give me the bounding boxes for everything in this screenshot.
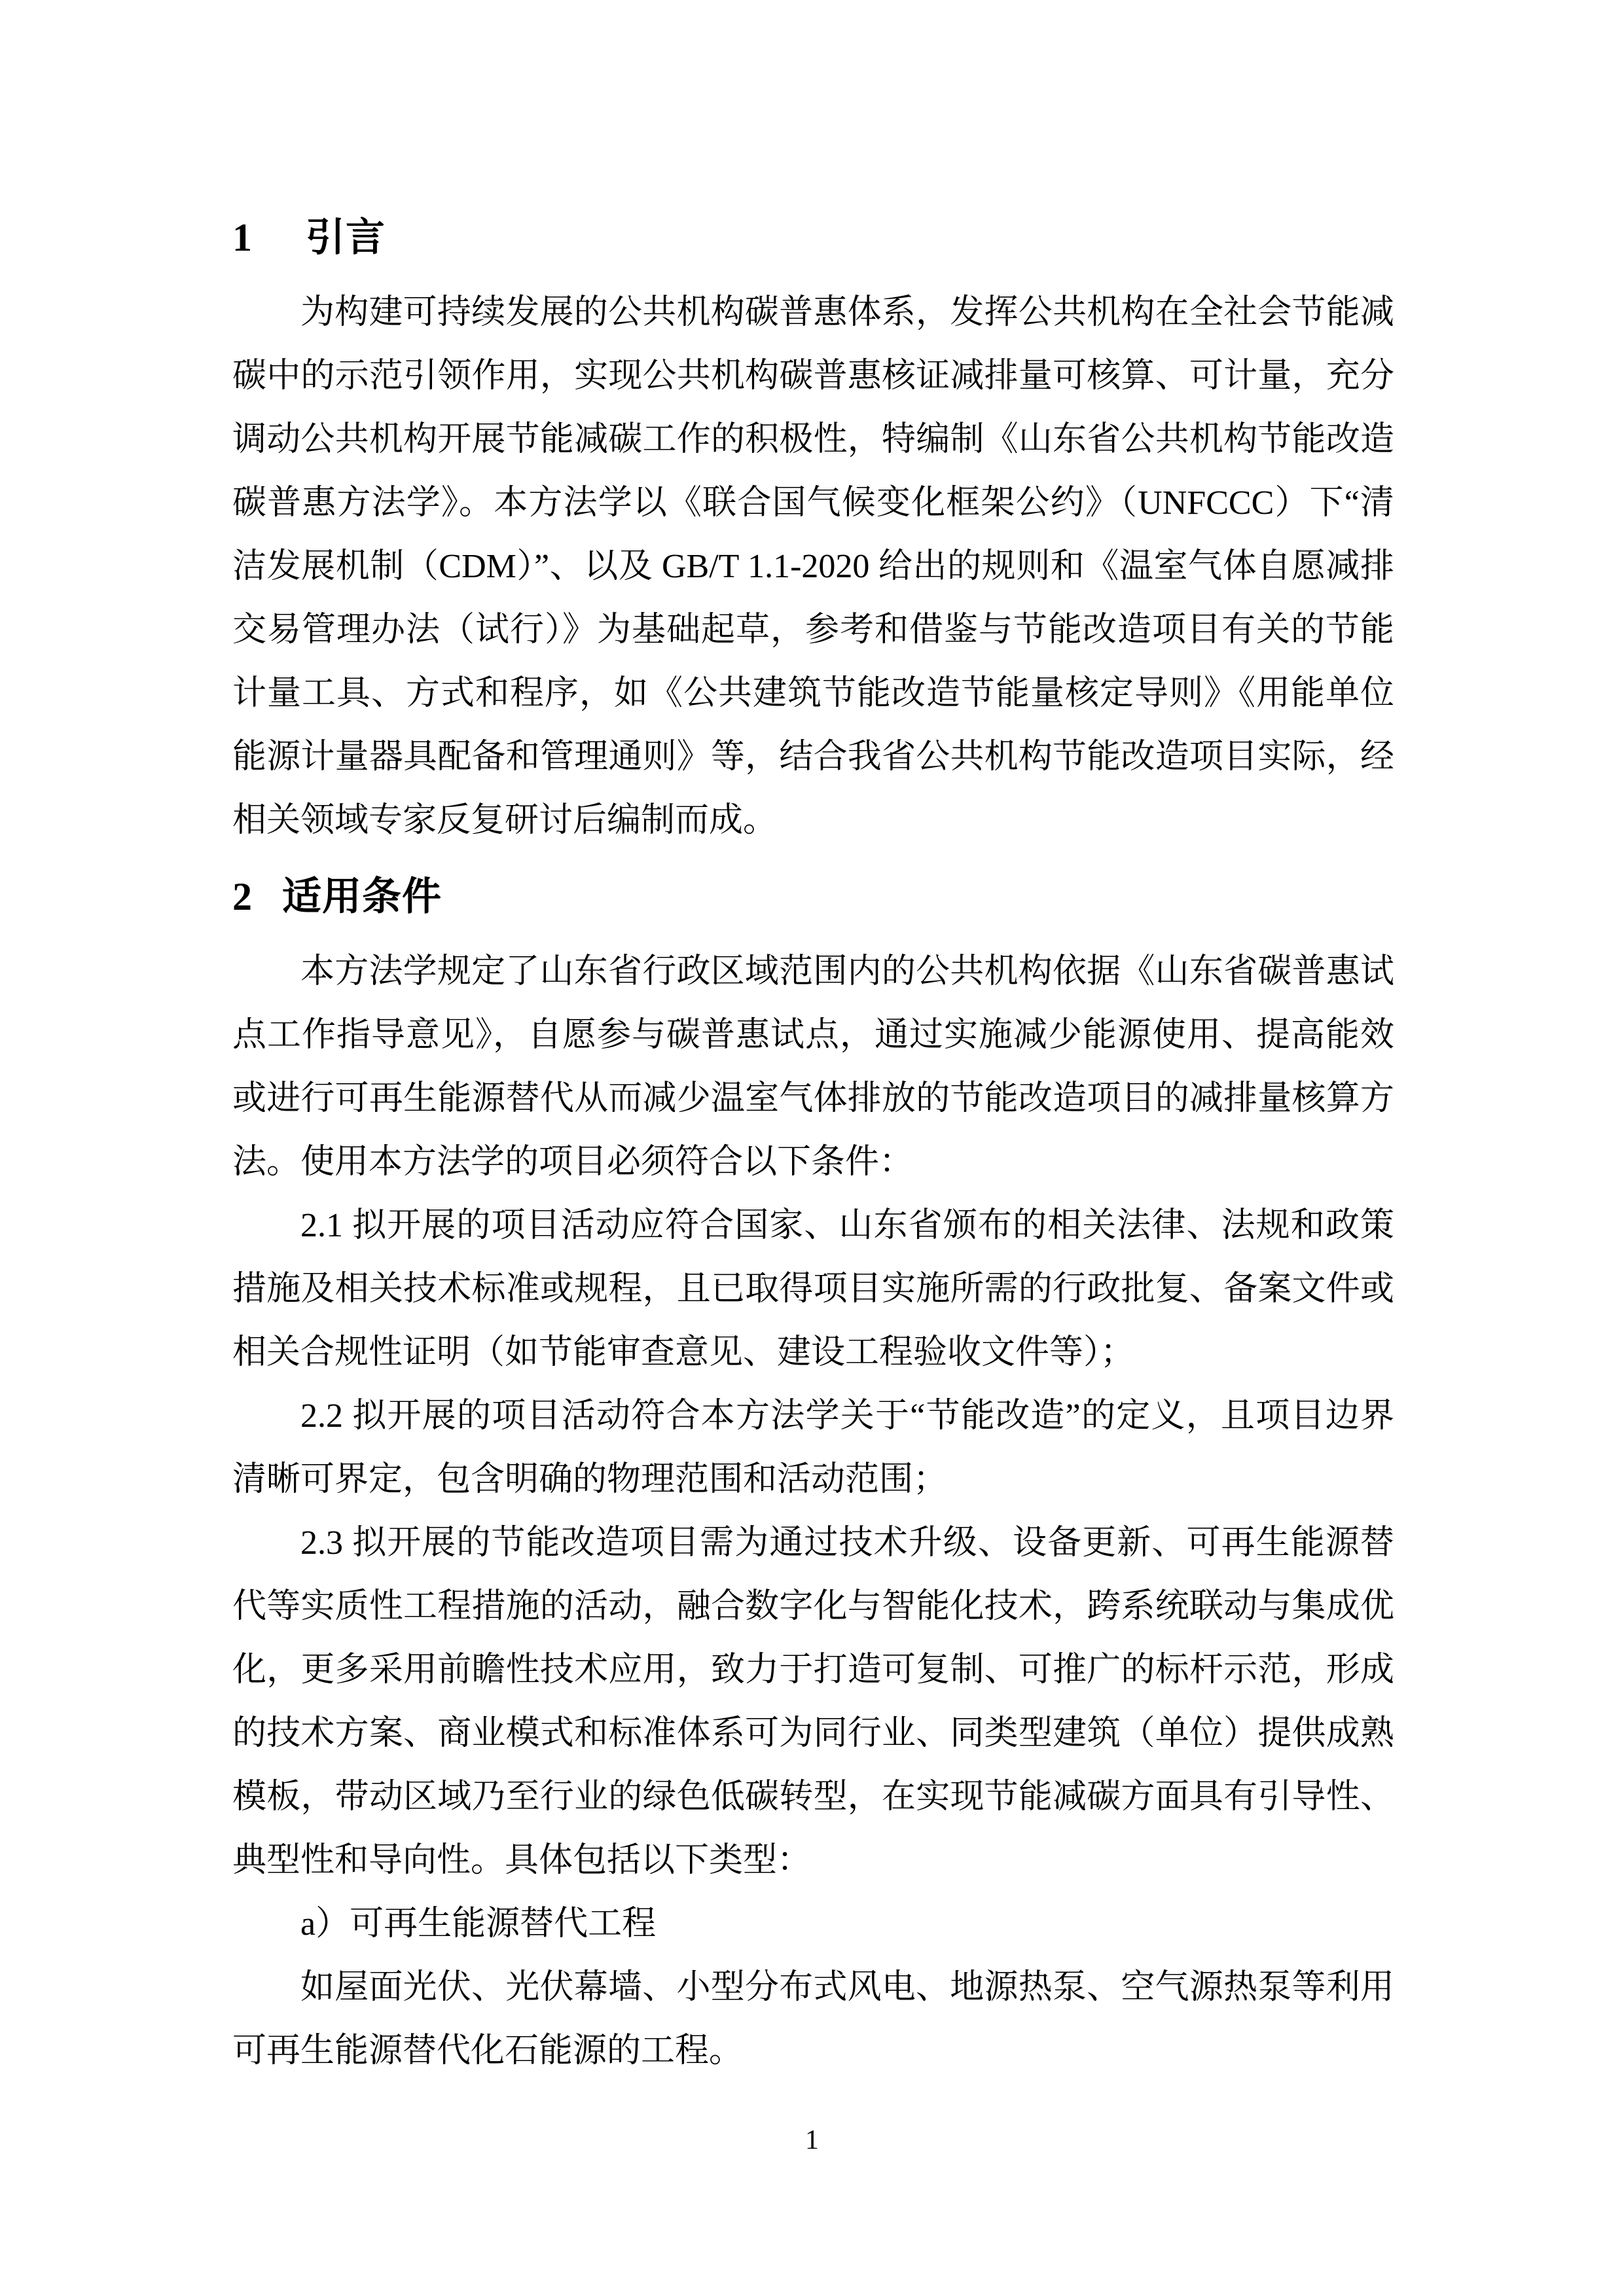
paragraph-clause-2-3: 2.3 拟开展的节能改造项目需为通过技术升级、设备更新、可再生能源替代等实质性工… — [232, 1511, 1394, 1892]
section-1-title: 引言 — [306, 216, 386, 259]
section-1-heading: 1 引言 — [232, 0, 1394, 259]
page-number: 1 — [0, 2124, 1624, 2157]
document-content: 1 引言 为构建可持续发展的公共机构碳普惠体系，发挥公共机构在全社会节能减碳中的… — [232, 0, 1394, 2083]
section-1-number: 1 — [232, 216, 295, 259]
paragraph-intro: 为构建可持续发展的公共机构碳普惠体系，发挥公共机构在全社会节能减碳中的示范引领作… — [232, 281, 1394, 852]
document-page: 1 引言 为构建可持续发展的公共机构碳普惠体系，发挥公共机构在全社会节能减碳中的… — [0, 0, 1624, 2296]
section-2-title: 适用条件 — [282, 875, 442, 918]
paragraph-clause-2-1: 2.1 拟开展的项目活动应符合国家、山东省颁布的相关法律、法规和政策措施及相关技… — [232, 1194, 1394, 1384]
section-2-number: 2 — [232, 875, 272, 918]
paragraph-clause-2-2: 2.2 拟开展的项目活动符合本方法学关于“节能改造”的定义，且项目边界清晰可界定… — [232, 1384, 1394, 1511]
paragraph-scope: 本方法学规定了山东省行政区域范围内的公共机构依据《山东省碳普惠试点工作指导意见》… — [232, 940, 1394, 1194]
paragraph-item-a-detail: 如屋面光伏、光伏幕墙、小型分布式风电、地源热泵、空气源热泵等利用可再生能源替代化… — [232, 1956, 1394, 2083]
paragraph-item-a: a）可再生能源替代工程 — [232, 1892, 1394, 1956]
section-2-heading: 2 适用条件 — [232, 875, 1394, 918]
